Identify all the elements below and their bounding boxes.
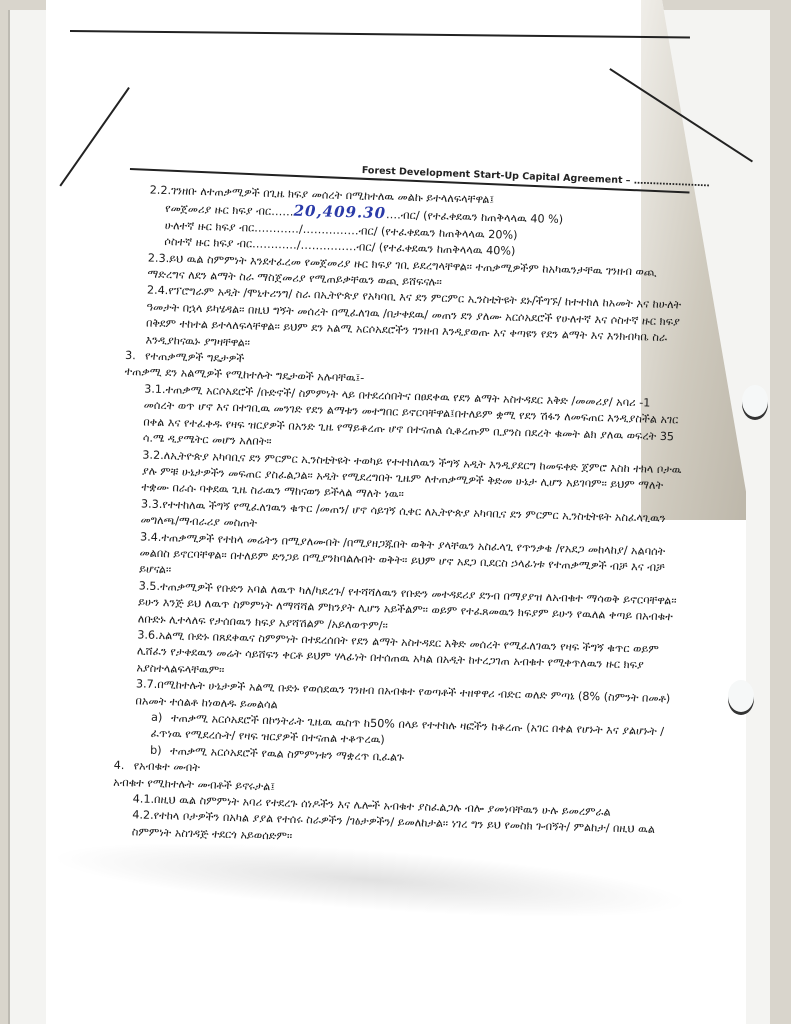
clause-text: የመጀመሪያ ዙር ክፍያ ብር…… bbox=[165, 202, 294, 219]
document-body: 2.2. ገንዘቡ ለተጠቃሚዎች በጊዜ ክፍያ መሰረት በሚከተለዉ መል… bbox=[112, 182, 690, 856]
clause-number: b) bbox=[150, 743, 170, 760]
clause-number: 3.3. bbox=[141, 496, 163, 513]
punch-hole bbox=[728, 680, 754, 712]
clause-number: 3.5. bbox=[138, 578, 160, 595]
clause-number: 2.3. bbox=[148, 250, 170, 267]
clause-number: 4.1. bbox=[133, 791, 155, 808]
clause-text: አብቁተ የሚከተሉት መብቶች ይኖሩታል፤ bbox=[113, 775, 275, 793]
clause-number: 3. bbox=[125, 348, 145, 365]
clause-number: 3.1. bbox=[144, 381, 166, 398]
handwritten-amount: 20,409.30 bbox=[293, 202, 386, 223]
clause-number: 3.2. bbox=[142, 447, 164, 464]
clause-text: የተጠቃሚዎች ግዴታዎች bbox=[145, 350, 245, 366]
clause-number: 3.6. bbox=[137, 627, 159, 644]
clause-text: የአብቁተ መብት bbox=[134, 760, 201, 775]
clause-number: 4.2. bbox=[132, 808, 154, 825]
clause-number: 2.2. bbox=[150, 183, 172, 200]
clause-number: 4. bbox=[113, 758, 133, 775]
clause-text-suffix: ….ብር/ (የተፈቀደዉን ከጠቅላላዉ 40 %) bbox=[386, 209, 563, 227]
clause-number: 3.7. bbox=[136, 677, 158, 694]
clause-number: a) bbox=[151, 710, 171, 727]
clause-number: 2.4. bbox=[147, 283, 169, 300]
punch-hole bbox=[742, 385, 768, 417]
clause-number: 3.4. bbox=[140, 529, 162, 546]
